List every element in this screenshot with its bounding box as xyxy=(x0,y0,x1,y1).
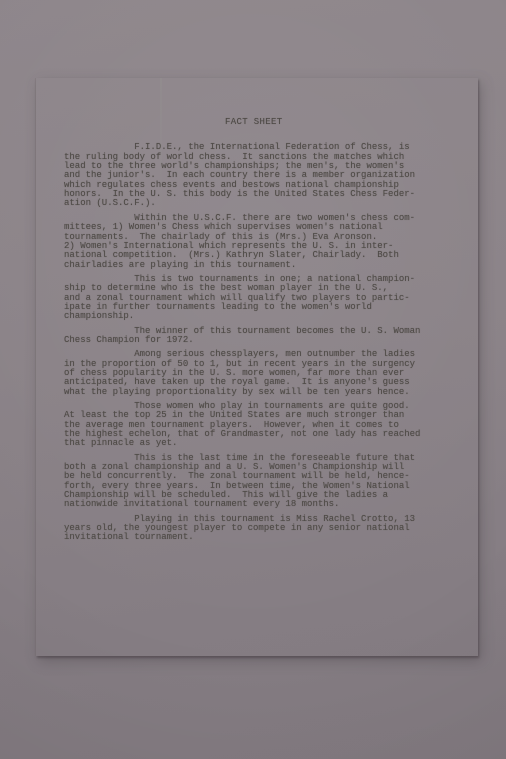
paragraph-last-time: This is the last time in the foreseeable… xyxy=(64,454,458,510)
document-title: FACT SHEET xyxy=(225,118,458,127)
paragraph-winner: The winner of this tournament becomes th… xyxy=(64,327,458,346)
paragraph-women-strength: Those women who play in tournaments are … xyxy=(64,402,458,449)
paragraph-uscf-committees: Within the U.S.C.F. there are two women'… xyxy=(64,214,458,270)
paragraph-chessplayers-ratio: Among serious chessplayers, men outnumbe… xyxy=(64,350,458,397)
photo-background: FACT SHEET F.I.D.E., the International F… xyxy=(0,0,506,759)
paragraph-two-tournaments: This is two tournaments in one; a nation… xyxy=(64,275,458,322)
paragraph-rachel-crotto: Playing in this tournament is Miss Rache… xyxy=(64,515,458,543)
paragraph-fide-intro: F.I.D.E., the International Federation o… xyxy=(64,143,458,208)
document-page: FACT SHEET F.I.D.E., the International F… xyxy=(36,78,478,656)
